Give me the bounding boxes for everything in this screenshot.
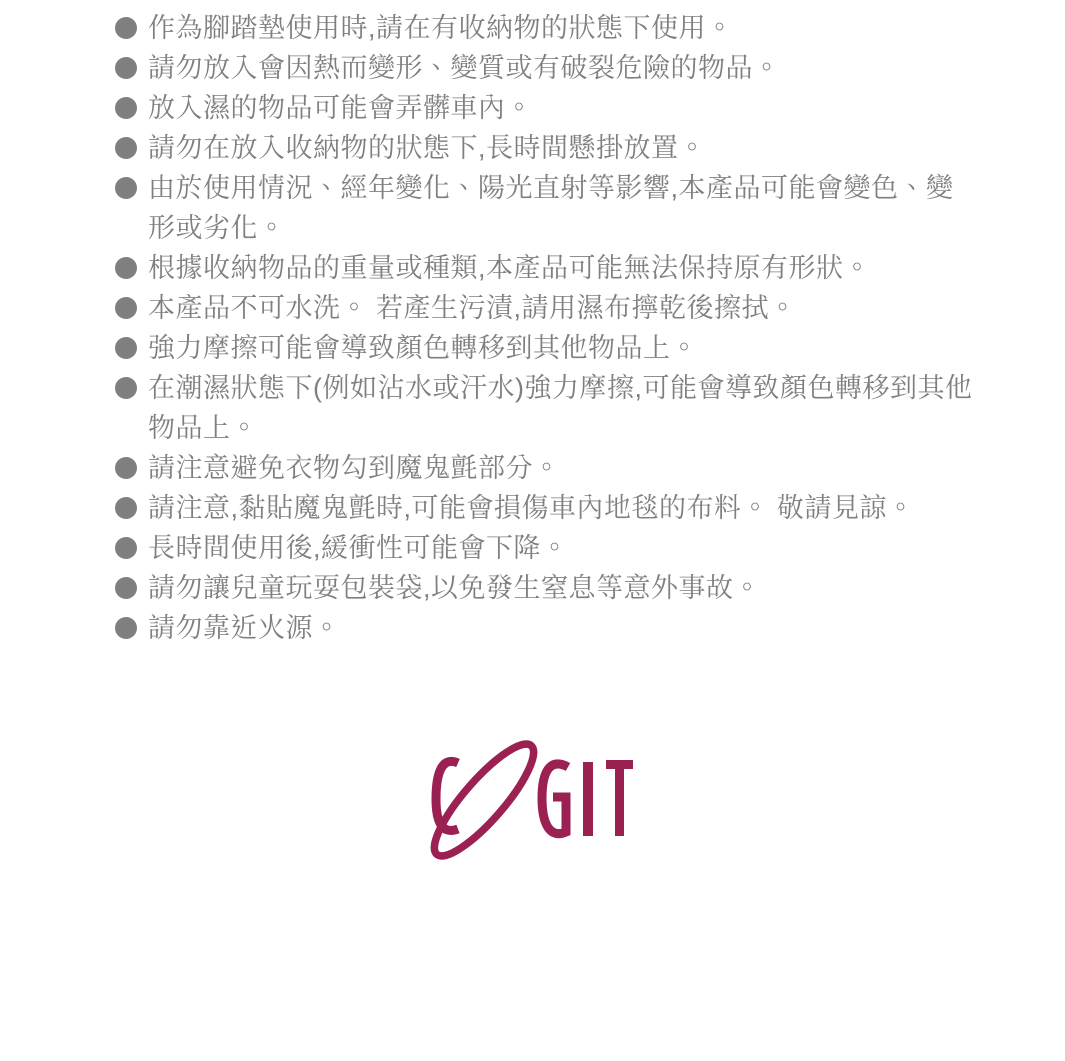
warning-text: 長時間使用後,緩衝性可能會下降。	[148, 528, 569, 568]
bullet-icon	[115, 457, 137, 479]
bullet-icon	[115, 577, 137, 599]
warning-item: 作為腳踏墊使用時,請在有收納物的狀態下使用。	[115, 8, 990, 48]
bullet-icon	[115, 257, 137, 279]
warning-text: 請勿讓兒童玩耍包裝袋,以免發生窒息等意外事故。	[148, 568, 761, 608]
warning-item: 在潮濕狀態下(例如沾水或汗水)強力摩擦,可能會導致顏色轉移到其他物品上。	[115, 368, 990, 448]
warning-text: 由於使用情況、經年變化、陽光直射等影響,本產品可能會變色、變形或劣化。	[148, 168, 976, 248]
warning-item: 放入濕的物品可能會弄髒車內。	[115, 88, 990, 128]
warning-item: 請勿靠近火源。	[115, 608, 990, 648]
warning-text: 在潮濕狀態下(例如沾水或汗水)強力摩擦,可能會導致顏色轉移到其他物品上。	[148, 368, 976, 448]
warning-item: 請勿在放入收納物的狀態下,長時間懸掛放置。	[115, 128, 990, 168]
bullet-icon	[115, 57, 137, 79]
warning-list: 作為腳踏墊使用時,請在有收納物的狀態下使用。 請勿放入會因熱而變形、變質或有破裂…	[115, 8, 990, 648]
bullet-icon	[115, 177, 137, 199]
cogit-logo-graphic	[427, 740, 639, 862]
warning-item: 根據收納物品的重量或種類,本產品可能無法保持原有形狀。	[115, 248, 990, 288]
bullet-icon	[115, 297, 137, 319]
warning-item: 請勿放入會因熱而變形、變質或有破裂危險的物品。	[115, 48, 990, 88]
warning-text: 作為腳踏墊使用時,請在有收納物的狀態下使用。	[148, 8, 734, 48]
warning-text: 請勿放入會因熱而變形、變質或有破裂危險的物品。	[148, 48, 781, 88]
warning-text: 請注意,黏貼魔鬼氈時,可能會損傷車內地毯的布料。 敬請見諒。	[148, 488, 915, 528]
logo-letter-t	[606, 762, 633, 836]
bullet-icon	[115, 497, 137, 519]
bullet-icon	[115, 537, 137, 559]
warning-text: 請勿靠近火源。	[148, 608, 341, 648]
bullet-icon	[115, 97, 137, 119]
warning-item: 請注意避免衣物勾到魔鬼氈部分。	[115, 448, 990, 488]
warning-text: 本產品不可水洗。 若產生污漬,請用濕布擰乾後擦拭。	[148, 288, 797, 328]
warning-text: 請注意避免衣物勾到魔鬼氈部分。	[148, 448, 561, 488]
warning-item: 強力摩擦可能會導致顏色轉移到其他物品上。	[115, 328, 990, 368]
bullet-icon	[115, 377, 137, 399]
logo-letter-g	[542, 764, 568, 834]
warning-item: 請勿讓兒童玩耍包裝袋,以免發生窒息等意外事故。	[115, 568, 990, 608]
bullet-icon	[115, 137, 137, 159]
warning-item: 由於使用情況、經年變化、陽光直射等影響,本產品可能會變色、變形或劣化。	[115, 168, 990, 248]
warning-item: 本產品不可水洗。 若產生污漬,請用濕布擰乾後擦拭。	[115, 288, 990, 328]
warning-text: 強力摩擦可能會導致顏色轉移到其他物品上。	[148, 328, 698, 368]
bullet-icon	[115, 337, 137, 359]
cogit-logo: COGIT	[0, 740, 1065, 862]
warning-text: 放入濕的物品可能會弄髒車內。	[148, 88, 533, 128]
bullet-icon	[115, 617, 137, 639]
warning-item: 請注意,黏貼魔鬼氈時,可能會損傷車內地毯的布料。 敬請見諒。	[115, 488, 990, 528]
warning-item: 長時間使用後,緩衝性可能會下降。	[115, 528, 990, 568]
warning-text: 根據收納物品的重量或種類,本產品可能無法保持原有形狀。	[148, 248, 871, 288]
page: 作為腳踏墊使用時,請在有收納物的狀態下使用。 請勿放入會因熱而變形、變質或有破裂…	[0, 0, 1065, 648]
warning-text: 請勿在放入收納物的狀態下,長時間懸掛放置。	[148, 128, 706, 168]
bullet-icon	[115, 17, 137, 39]
